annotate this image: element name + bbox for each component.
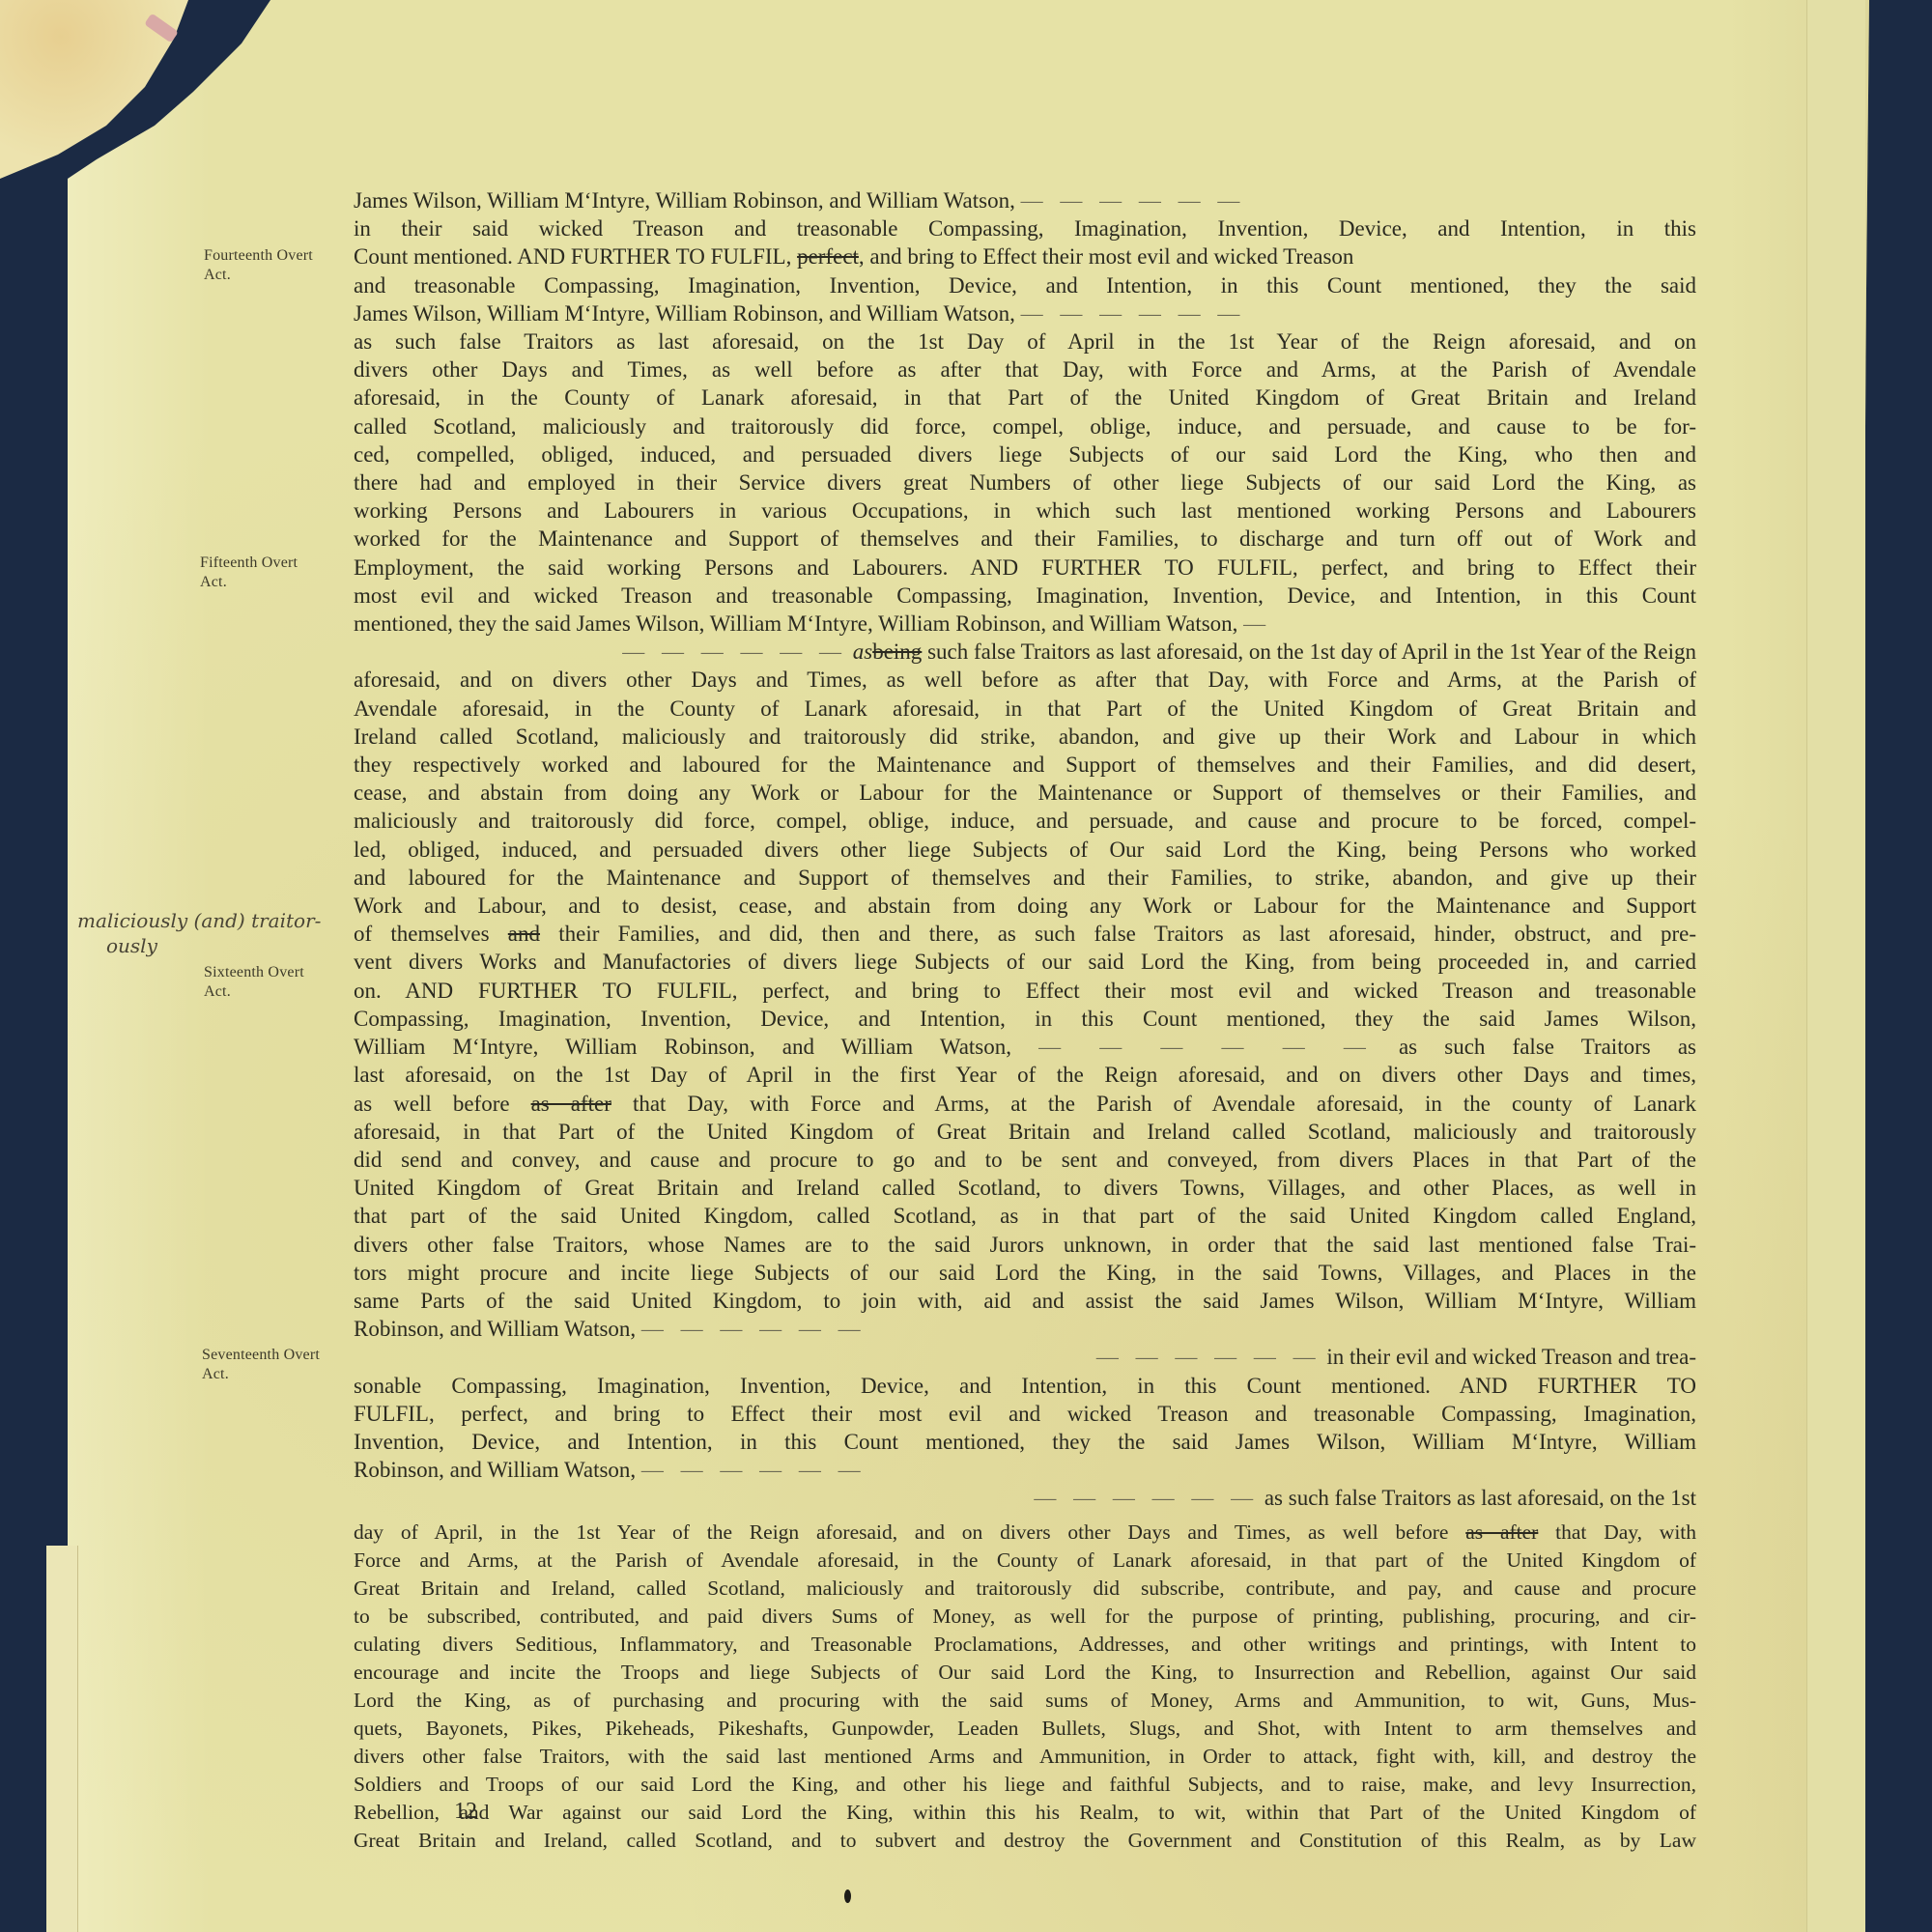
text-line: Lord the King, as of purchasing and proc… (354, 1687, 1696, 1715)
text-line: and treasonable Compassing, Imagination,… (354, 271, 1696, 299)
margin-note-label: Fifteenth Overt (200, 554, 335, 573)
text-line: Soldiers and Troops of our said Lord the… (354, 1771, 1696, 1799)
text-line: last aforesaid, on the 1st Day of April … (354, 1061, 1696, 1089)
page-fold-left (46, 1546, 78, 1932)
text-line: James Wilson, William M‘Intyre, William … (354, 299, 1696, 327)
text-line: led, obliged, induced, and persuaded div… (354, 836, 1696, 864)
text-line: that part of the said United Kingdom, ca… (354, 1202, 1696, 1230)
handwritten-text: maliciously (and) traitor- (77, 908, 328, 933)
indictment-text: James Wilson, William M‘Intyre, William … (354, 186, 1696, 1855)
text-line: vent divers Works and Manufactories of d… (354, 948, 1696, 976)
text-line: Force and Arms, at the Parish of Avendal… (354, 1547, 1696, 1575)
margin-note-label: Fourteenth Overt (204, 246, 339, 266)
text-line: Employment, the said working Persons and… (354, 554, 1696, 582)
handwritten-annotation: maliciously (and) traitor- ously (77, 908, 328, 995)
text-line: maliciously and traitorously did force, … (354, 807, 1696, 835)
text-line: on. AND FURTHER TO FULFIL, perfect, and … (354, 977, 1696, 1005)
text-line: they respectively worked and laboured fo… (354, 751, 1696, 779)
text-line: Count mentioned. AND FURTHER TO FULFIL, … (354, 242, 1696, 270)
text-line: ced, compelled, obliged, induced, and pe… (354, 440, 1696, 469)
text-line: did send and convey, and cause and procu… (354, 1146, 1696, 1174)
margin-note-label: Seventeenth Overt (202, 1346, 356, 1365)
margin-note-label: Act. (202, 1365, 356, 1384)
text-line: Great Britain and Ireland, called Scotla… (354, 1575, 1696, 1603)
text-line: as such false Traitors as last aforesaid… (354, 327, 1696, 355)
text-line: William M‘Intyre, William Robinson, and … (354, 1033, 1696, 1061)
text-line: FULFIL, perfect, and bring to Effect the… (354, 1400, 1696, 1428)
text-line: — — — — — — in their evil and wicked Tre… (354, 1343, 1696, 1371)
text-line: Invention, Device, and Intention, in thi… (354, 1428, 1696, 1456)
text-line: cease, and abstain from doing any Work o… (354, 779, 1696, 807)
margin-note-fourteenth-overt-act: Fourteenth Overt Act. (204, 246, 339, 285)
margin-note-label: Act. (200, 573, 335, 592)
text-line: most evil and wicked Treason and treason… (354, 582, 1696, 610)
margin-note-seventeenth-overt-act: Seventeenth Overt Act. (202, 1346, 356, 1384)
text-line: United Kingdom of Great Britain and Irel… (354, 1174, 1696, 1202)
text-line: Great Britain and Ireland, called Scotla… (354, 1827, 1696, 1855)
text-line: day of April, in the 1st Year of the Rei… (354, 1519, 1696, 1547)
margin-note-label: Act. (204, 266, 339, 285)
text-line: divers other false Traitors, whose Names… (354, 1231, 1696, 1259)
text-line: to be subscribed, contributed, and paid … (354, 1603, 1696, 1631)
text-line: Robinson, and William Watson, — — — — — … (354, 1315, 1696, 1343)
text-line: and laboured for the Maintenance and Sup… (354, 864, 1696, 892)
text-line: culating divers Seditious, Inflammatory,… (354, 1631, 1696, 1659)
text-line: Avendale aforesaid, in the County of Lan… (354, 695, 1696, 723)
text-line: James Wilson, William M‘Intyre, William … (354, 186, 1696, 214)
text-line: — — — — — — as such false Traitors as la… (354, 1484, 1696, 1512)
text-line: Ireland called Scotland, maliciously and… (354, 723, 1696, 751)
ink-blot (844, 1889, 851, 1903)
text-line: divers other false Traitors, with the sa… (354, 1743, 1696, 1771)
text-line: in their said wicked Treason and treason… (354, 214, 1696, 242)
text-line: as well before as after that Day, with F… (354, 1090, 1696, 1118)
text-line: Compassing, Imagination, Invention, Devi… (354, 1005, 1696, 1033)
text-line: same Parts of the said United Kingdom, t… (354, 1287, 1696, 1315)
text-line: there had and employed in their Service … (354, 469, 1696, 497)
text-line: tors might procure and incite liege Subj… (354, 1259, 1696, 1287)
margin-note-fifteenth-overt-act: Fifteenth Overt Act. (200, 554, 335, 592)
text-line: mentioned, they the said James Wilson, W… (354, 610, 1696, 638)
text-line: working Persons and Labourers in various… (354, 497, 1696, 525)
text-line: sonable Compassing, Imagination, Inventi… (354, 1372, 1696, 1400)
text-line: of themselves and their Families, and di… (354, 920, 1696, 948)
page-number: 12 (454, 1799, 477, 1825)
page-fold-right (1806, 0, 1865, 1932)
struck-word: perfect (797, 244, 859, 269)
text-line: called Scotland, maliciously and traitor… (354, 412, 1696, 440)
text-line: encourage and incite the Troops and lieg… (354, 1659, 1696, 1687)
text-line: worked for the Maintenance and Support o… (354, 525, 1696, 553)
text-line: Robinson, and William Watson, — — — — — … (354, 1456, 1696, 1484)
text-line: Rebellion, and War against our said Lord… (354, 1799, 1696, 1827)
text-line: divers other Days and Times, as well bef… (354, 355, 1696, 384)
text-line: aforesaid, and on divers other Days and … (354, 666, 1696, 694)
text-line: Work and Labour, and to desist, cease, a… (354, 892, 1696, 920)
text-line: quets, Bayonets, Pikes, Pikeheads, Pikes… (354, 1715, 1696, 1743)
text-line: aforesaid, in that Part of the United Ki… (354, 1118, 1696, 1146)
text-line: — — — — — — asbeing such false Traitors … (354, 638, 1696, 666)
handwritten-text: ously (77, 933, 328, 958)
text-line: aforesaid, in the County of Lanark afore… (354, 384, 1696, 412)
